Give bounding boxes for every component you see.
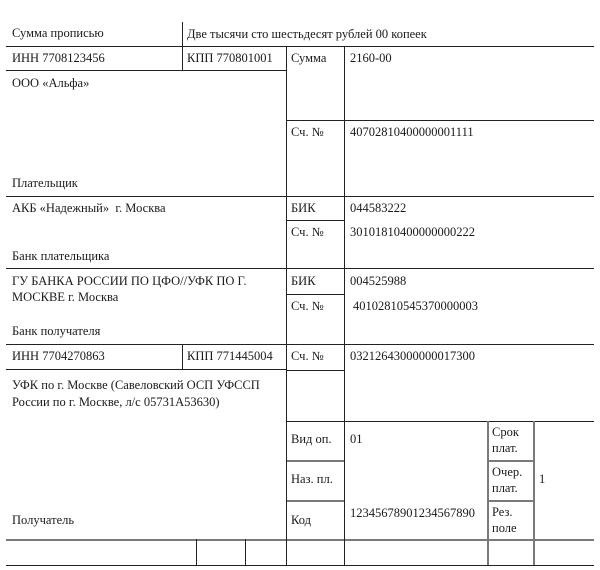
divider <box>196 539 197 565</box>
recipient-bank-name-line2: МОСКВЕ г. Москва <box>12 290 118 305</box>
payment-purpose-label: Наз. пл. <box>291 472 333 487</box>
code-value: 12345678901234567890 <box>350 506 475 521</box>
divider <box>487 460 533 462</box>
recipient-name-line1: УФК по г. Москве (Савеловский ОСП УФССП <box>12 378 260 393</box>
recipient-kpp: КПП 771445004 <box>187 349 273 364</box>
payer-bank-name: АКБ «Надежный» г. Москва <box>12 201 166 216</box>
divider <box>6 268 594 269</box>
recipient-caption: Получатель <box>12 513 74 528</box>
divider <box>6 70 286 71</box>
divider <box>533 421 535 565</box>
divider <box>6 369 286 370</box>
reserve-field-label-1: Рез. <box>492 505 513 520</box>
payer-bank-bik-value: 044583222 <box>350 201 406 216</box>
sum-in-words-label: Сумма прописью <box>12 26 104 41</box>
payment-term-label-1: Срок <box>492 425 519 440</box>
payer-bank-bik-label: БИК <box>291 201 316 216</box>
recipient-bank-name-line1: ГУ БАНКА РОССИИ ПО ЦФО//УФК ПО Г. <box>12 274 247 289</box>
divider <box>286 500 344 502</box>
divider <box>182 22 183 70</box>
payer-bank-account-label: Сч. № <box>291 225 324 240</box>
recipient-bank-bik-value: 004525988 <box>350 274 406 289</box>
payment-priority-label-2: плат. <box>492 481 518 496</box>
divider <box>6 565 594 566</box>
payer-caption: Плательщик <box>12 176 78 191</box>
recipient-bank-account-value: 40102810545370000003 <box>353 299 478 314</box>
recipient-bank-bik-label: БИК <box>291 274 316 289</box>
payer-account-value: 40702810400000001111 <box>350 125 474 140</box>
divider <box>286 120 594 121</box>
payer-bank-account-value: 30101810400000000222 <box>350 225 475 240</box>
divider <box>344 46 345 565</box>
divider <box>286 370 344 371</box>
code-label: Код <box>291 513 311 528</box>
divider <box>286 421 594 422</box>
divider <box>6 196 594 197</box>
payer-inn: ИНН 7708123456 <box>12 51 105 66</box>
payer-kpp: КПП 770801001 <box>187 51 273 66</box>
recipient-inn: ИНН 7704270863 <box>12 349 105 364</box>
divider <box>6 344 594 345</box>
divider <box>286 294 344 295</box>
recipient-bank-caption: Банк получателя <box>12 324 100 339</box>
payment-term-label-2: плат. <box>492 441 518 456</box>
divider <box>487 421 489 565</box>
amount-label: Сумма <box>291 51 326 66</box>
divider <box>245 539 246 565</box>
payment-priority-label-1: Очер. <box>492 465 522 480</box>
payer-account-label: Сч. № <box>291 125 324 140</box>
divider <box>286 460 344 462</box>
recipient-bank-account-label: Сч. № <box>291 299 324 314</box>
operation-type-value: 01 <box>350 432 363 447</box>
divider <box>286 46 287 565</box>
recipient-name-line2: России по г. Москве, л/с 05731А53630) <box>12 395 220 410</box>
payment-priority-value: 1 <box>539 472 545 487</box>
divider <box>6 539 594 541</box>
payer-bank-caption: Банк плательщика <box>12 249 109 264</box>
reserve-field-label-2: поле <box>492 521 517 536</box>
amount-value: 2160-00 <box>350 51 392 66</box>
sum-in-words-value: Две тысячи сто шестьдесят рублей 00 копе… <box>187 27 427 42</box>
operation-type-label: Вид оп. <box>291 432 332 447</box>
divider <box>182 344 183 369</box>
payer-name: ООО «Альфа» <box>12 76 89 91</box>
divider <box>286 220 344 221</box>
recipient-account-value: 03212643000000017300 <box>350 349 475 364</box>
divider <box>6 46 594 47</box>
recipient-account-label: Сч. № <box>291 349 324 364</box>
divider <box>487 500 533 502</box>
